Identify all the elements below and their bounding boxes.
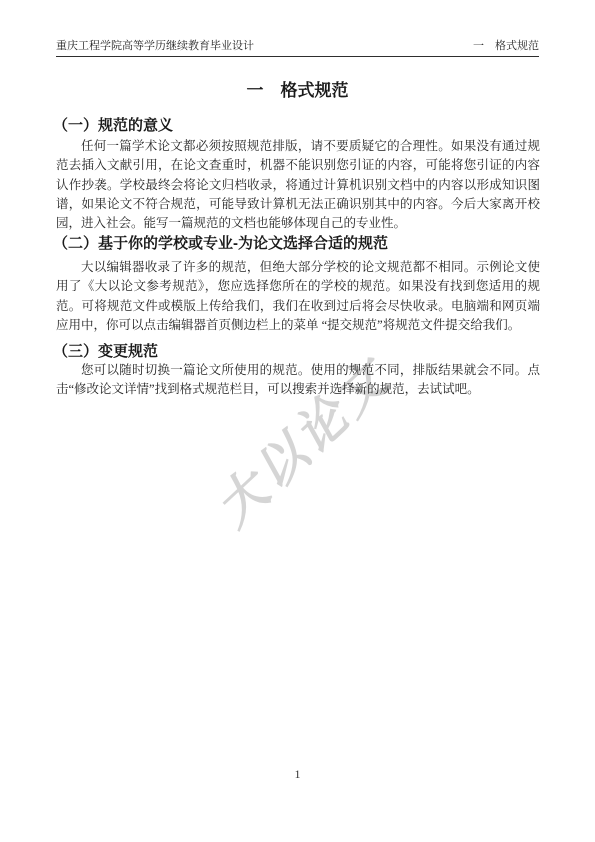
- header-right-text: 一 格式规范: [473, 39, 539, 53]
- section-3-body: 您可以随时切换一篇论文所使用的规范。使用的规范不同，排版结果就会不同。点击“修改…: [56, 361, 540, 400]
- section-1-heading: （一）规范的意义: [53, 116, 542, 136]
- section-3-heading: （三）变更规范: [53, 342, 542, 362]
- header-left-text: 重庆工程学院高等学历继续教育毕业设计: [56, 39, 254, 53]
- document-page: 大以论文 重庆工程学院高等学历继续教育毕业设计 一 格式规范 一 格式规范 （一…: [0, 0, 595, 842]
- section-2-body: 大以编辑器收录了许多的规范，但绝大部分学校的论文规范都不相同。示例论文使用了《大…: [56, 258, 540, 335]
- page-header: 重庆工程学院高等学历继续教育毕业设计 一 格式规范: [56, 39, 539, 57]
- page-number: 1: [0, 767, 595, 781]
- page-title: 一 格式规范: [0, 80, 595, 102]
- section-1-body: 任何一篇学术论文都必须按照规范排版，请不要质疑它的合理性。如果没有通过规范去插入…: [56, 137, 540, 233]
- section-2-heading: （二）基于你的学校或专业-为论文选择合适的规范: [53, 234, 542, 254]
